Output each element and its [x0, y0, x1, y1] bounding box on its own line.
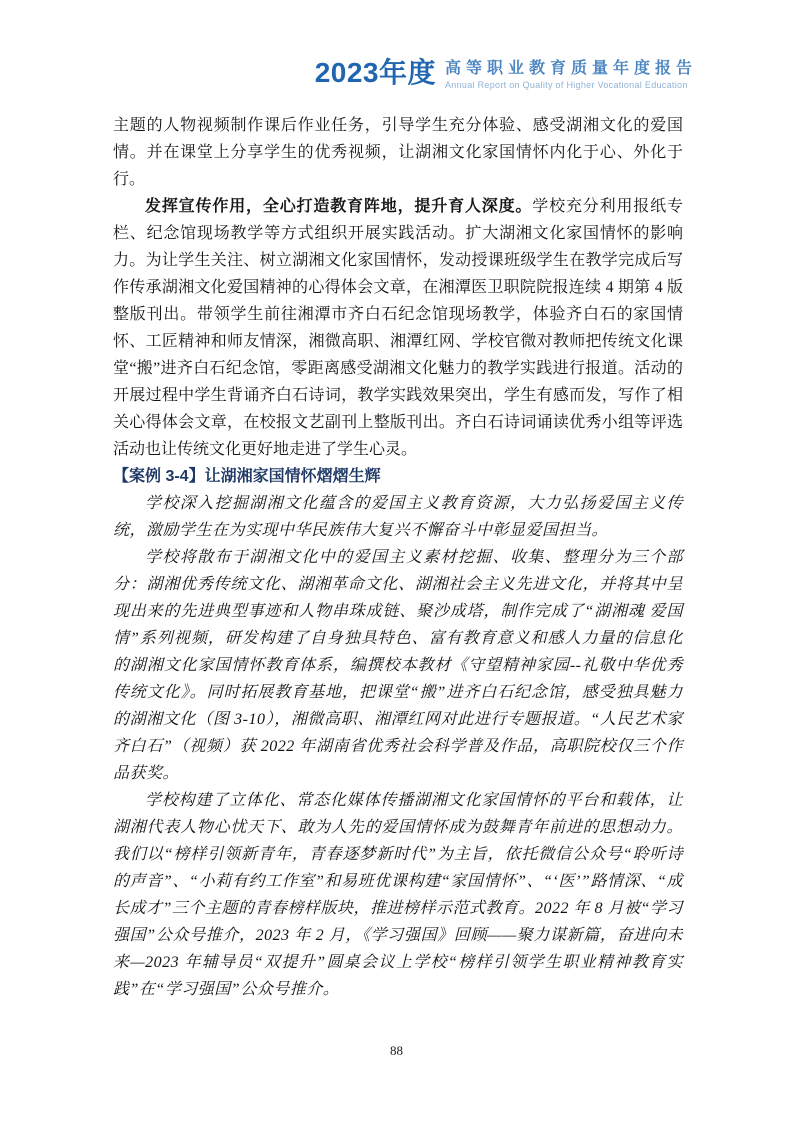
case-heading: 【案例 3-4】让湖湘家国情怀熠熠生辉 [113, 463, 683, 490]
page-body: 主题的人物视频制作课后作业任务，引导学生充分体验、感受湖湘文化的爱国情。并在课堂… [113, 112, 683, 1003]
case-paragraph-1: 学校深入挖掘湖湘文化蕴含的爱国主义教育资源，大力弘扬爱国主义传统，激励学生在为实… [113, 490, 683, 544]
paragraph-publicity-text: 学校充分利用报纸专栏、纪念馆现场教学等方式组织开展实践活动。扩大湖湘文化家国情怀… [113, 198, 683, 458]
header-title-en: Annual Report on Quality of Higher Vocat… [445, 80, 697, 91]
header-year: 2023年度 [315, 58, 436, 88]
header-title-cn: 高等职业教育质量年度报告 [445, 60, 697, 78]
case-paragraph-2: 学校将散布于湖湘文化中的爱国主义素材挖掘、收集、整理分为三个部分：湖湘优秀传统文… [113, 544, 683, 787]
case-paragraph-3: 学校构建了立体化、常态化媒体传播湖湘文化家国情怀的平台和载体，让湖湘代表人物心忧… [113, 787, 683, 1003]
page-footer: 88 [0, 1042, 793, 1060]
page-number: 88 [390, 1043, 403, 1058]
paragraph-continuation: 主题的人物视频制作课后作业任务，引导学生充分体验、感受湖湘文化的爱国情。并在课堂… [113, 112, 683, 193]
paragraph-publicity-lead: 发挥宣传作用，全心打造教育阵地，提升育人深度。 [145, 198, 532, 215]
page-header: 2023年度 高等职业教育质量年度报告 Annual Report on Qua… [315, 58, 697, 91]
header-titles: 高等职业教育质量年度报告 Annual Report on Quality of… [445, 58, 697, 91]
report-page: 2023年度 高等职业教育质量年度报告 Annual Report on Qua… [0, 0, 793, 1122]
paragraph-publicity: 发挥宣传作用，全心打造教育阵地，提升育人深度。学校充分利用报纸专栏、纪念馆现场教… [113, 193, 683, 463]
